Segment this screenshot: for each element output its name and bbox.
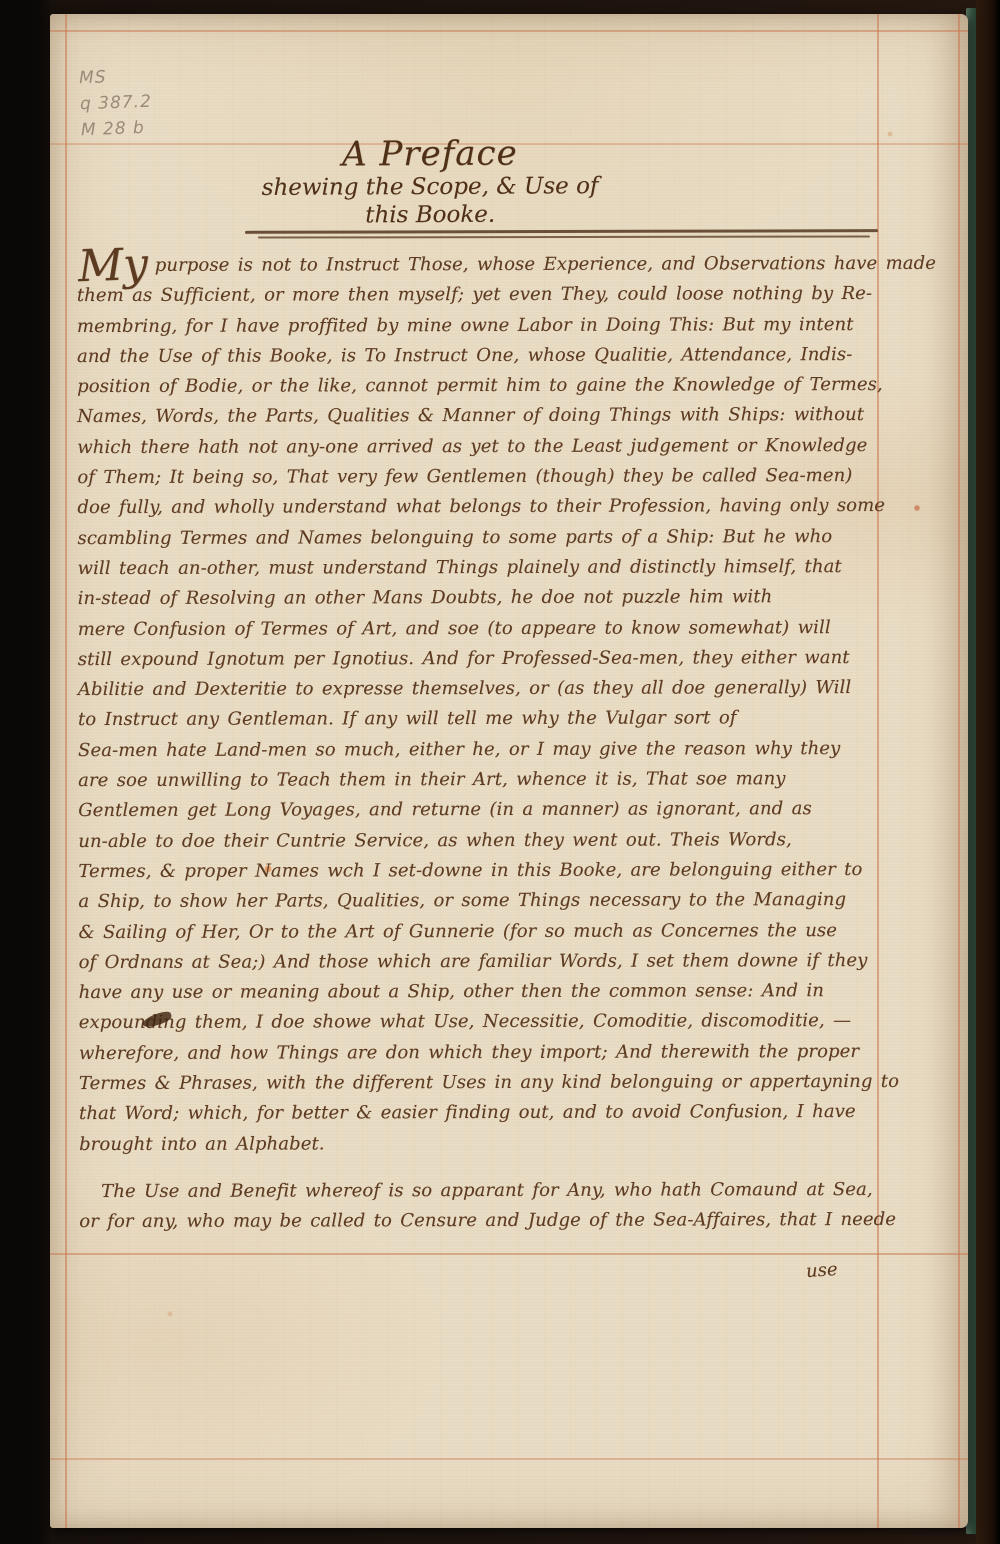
manuscript-line: them as Sufficient, or more then myself;… (77, 279, 879, 311)
manuscript-line: to Instruct any Gentleman. If any will t… (78, 703, 880, 735)
page-subtitle-line-1: shewing the Scope, & Use of (80, 172, 780, 203)
manuscript-line: position of Bodie, or the like, cannot p… (77, 370, 879, 402)
manuscript-line: have any use or meaning about a Ship, ot… (79, 976, 881, 1008)
manuscript-line: Sea-men hate Land-men so much, either he… (78, 734, 880, 766)
shelfmark: MS q 387.2 M 28 b (79, 63, 154, 143)
manuscript-line: membring, for I have proffited by mine o… (77, 310, 879, 342)
title-underline-1 (245, 229, 878, 233)
manuscript-line: of Ordnans at Sea;) And those which are … (79, 946, 881, 978)
manuscript-line: expounding them, I doe showe what Use, N… (79, 1006, 881, 1038)
manuscript-line: scambling Termes and Names belonguing to… (77, 522, 879, 554)
footer-rule (50, 1253, 968, 1255)
lower-footer-rule (50, 1458, 968, 1460)
manuscript-line: purpose is not to Instruct Those, whose … (77, 249, 879, 281)
manuscript-line: which there hath not any-one arrived as … (77, 431, 879, 463)
manuscript-line: of Them; It being so, That very few Gent… (77, 461, 879, 493)
shelfmark-line-2: q 387.2 (80, 89, 153, 117)
manuscript-line: brought into an Alphabet. (79, 1128, 881, 1160)
manuscript-line: in-stead of Resolving an other Mans Doub… (78, 582, 880, 614)
margin-rule-far-right (958, 14, 960, 1528)
manuscript-line: wherefore, and how Things are don which … (79, 1037, 881, 1069)
binding-edge (976, 0, 1000, 1544)
title-block: A Preface shewing the Scope, & Use of th… (80, 134, 780, 231)
manuscript-line: & Sailing of Her, Or to the Art of Gunne… (78, 915, 880, 947)
body-text: purpose is not to Instruct Those, whose … (77, 249, 882, 1238)
body-paragraph-1: purpose is not to Instruct Those, whose … (77, 249, 881, 1160)
title-underline-2 (258, 235, 870, 238)
manuscript-line: and the Use of this Booke, is To Instruc… (77, 340, 879, 372)
manuscript-line: Abilitie and Dexteritie to expresse them… (78, 673, 880, 705)
manuscript-line: doe fully, and wholly understand what be… (77, 491, 879, 523)
manuscript-line: Termes & Phrases, with the different Use… (79, 1067, 881, 1099)
manuscript-line: still expound Ignotum per Ignotius. And … (78, 643, 880, 675)
manuscript-line: un-able to doe their Cuntrie Service, as… (78, 825, 880, 857)
top-rule (50, 30, 968, 32)
manuscript-line: Names, Words, the Parts, Qualities & Man… (77, 400, 879, 432)
catchword: use (805, 1259, 838, 1282)
page-subtitle-line-2: this Booke. (80, 200, 780, 231)
manuscript-line: The Use and Benefit whereof is so appara… (79, 1175, 881, 1207)
page-title: A Preface (80, 134, 780, 174)
manuscript-line: Termes, & proper Names wch I set-downe i… (78, 855, 880, 887)
manuscript-line: mere Confusion of Termes of Art, and soe… (78, 613, 880, 645)
manuscript-line: that Word; which, for better & easier fi… (79, 1097, 881, 1129)
body-paragraph-2: The Use and Benefit whereof is so appara… (79, 1175, 881, 1238)
manuscript-line: are soe unwilling to Teach them in their… (78, 764, 880, 796)
manuscript-line: or for any, who may be called to Censure… (79, 1205, 881, 1237)
shelfmark-line-1: MS (79, 63, 152, 91)
manuscript-page: MS q 387.2 M 28 b A Preface shewing the … (50, 14, 968, 1528)
manuscript-photo: MS q 387.2 M 28 b A Preface shewing the … (0, 0, 1000, 1544)
margin-rule-left (65, 14, 67, 1528)
manuscript-line: a Ship, to show her Parts, Qualities, or… (78, 885, 880, 917)
manuscript-line: will teach an-other, must understand Thi… (78, 552, 880, 584)
manuscript-line: Gentlemen get Long Voyages, and returne … (78, 794, 880, 826)
